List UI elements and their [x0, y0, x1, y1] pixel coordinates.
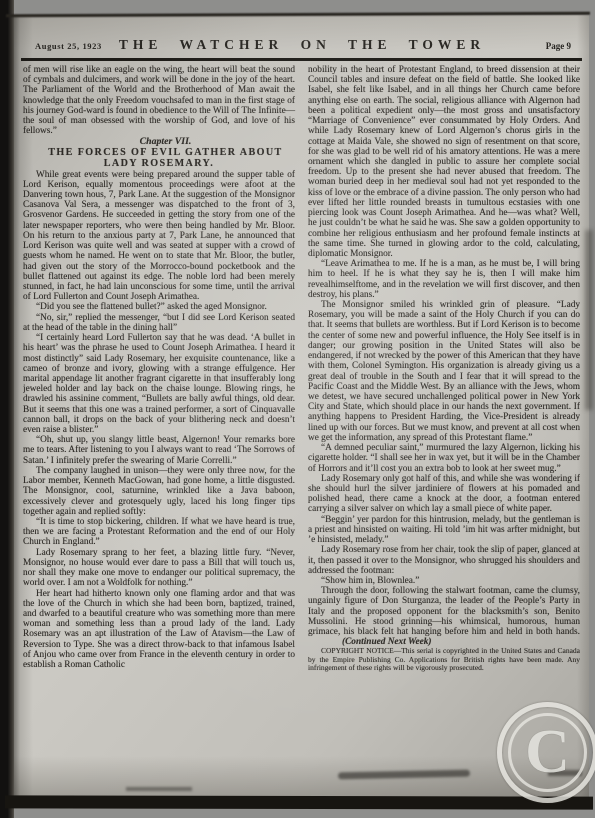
header-rule: [21, 58, 582, 61]
article-paragraph: The Monsignor smiled his wrinkled grin o…: [308, 300, 580, 443]
article-paragraph: “No, sir,” replied the messenger, “but I…: [23, 313, 295, 333]
article-paragraph: “Did you see the flattened bullet?” aske…: [23, 302, 295, 312]
article-paragraph: “Beggin’ yer pardon for this hintrusion,…: [308, 515, 580, 546]
stamp-c-glyph: C: [497, 702, 595, 803]
article-paragraph: “Oh, shut up, you slangy little beast, A…: [23, 435, 295, 466]
article-paragraph: “It is time to stop bickering, children.…: [23, 517, 295, 548]
book-gutter-shadow: [0, 0, 14, 818]
article-paragraph: “A demned peculiar saint,” murmured the …: [308, 443, 580, 474]
masthead-title: THE WATCHER ON THE TOWER: [25, 37, 579, 53]
page-header: August 25, 1923 THE WATCHER ON THE TOWER…: [25, 31, 579, 53]
continuation-paragraph: nobility in the heart of Protestant Engl…: [308, 65, 580, 259]
article-paragraph: Her heart had hitherto known only one fl…: [23, 589, 295, 671]
article-paragraph: The company laughed in unison—they were …: [23, 466, 295, 517]
chapter-title: THE FORCES OF EVIL GATHER ABOUT LADY ROS…: [23, 147, 295, 170]
scan-smudge: [126, 787, 192, 791]
continuation-paragraph: of men will rise like an eagle on the wi…: [23, 65, 295, 137]
scan-smudge: [585, 230, 593, 410]
final-paragraph-text: Through the door, following the stalwart…: [308, 586, 580, 637]
article-paragraph: “I certainly heard Lord Fullerton say th…: [23, 333, 295, 435]
article-paragraph: Lady Rosemary rose from her chair, took …: [308, 545, 580, 576]
article-paragraph: While great events were being prepared a…: [23, 170, 295, 303]
page-number: Page 9: [546, 41, 571, 51]
copyright-notice: COPYRIGHT NOTICE—This serial is copyrigh…: [308, 647, 580, 673]
article-paragraph: “Leave Arimathea to me. If he is a man, …: [308, 259, 580, 300]
chapter-label: Chapter VII.: [23, 137, 295, 147]
newspaper-page: August 25, 1923 THE WATCHER ON THE TOWER…: [13, 15, 589, 798]
scanned-page: August 25, 1923 THE WATCHER ON THE TOWER…: [0, 0, 595, 818]
article-paragraph: Lady Rosemary sprang to her feet, a blaz…: [23, 548, 295, 589]
right-column: nobility in the heart of Protestant Engl…: [308, 65, 580, 794]
left-column: of men will rise like an eagle on the wi…: [23, 65, 295, 794]
article-paragraph: Lady Rosemary only got half of this, and…: [308, 474, 580, 515]
article-paragraph: Through the door, following the stalwart…: [308, 586, 580, 647]
copyright-stamp-icon: C: [497, 702, 595, 803]
article-paragraph: “Show him in, Blownlea.”: [308, 576, 580, 586]
article-body: of men will rise like an eagle on the wi…: [23, 65, 580, 794]
